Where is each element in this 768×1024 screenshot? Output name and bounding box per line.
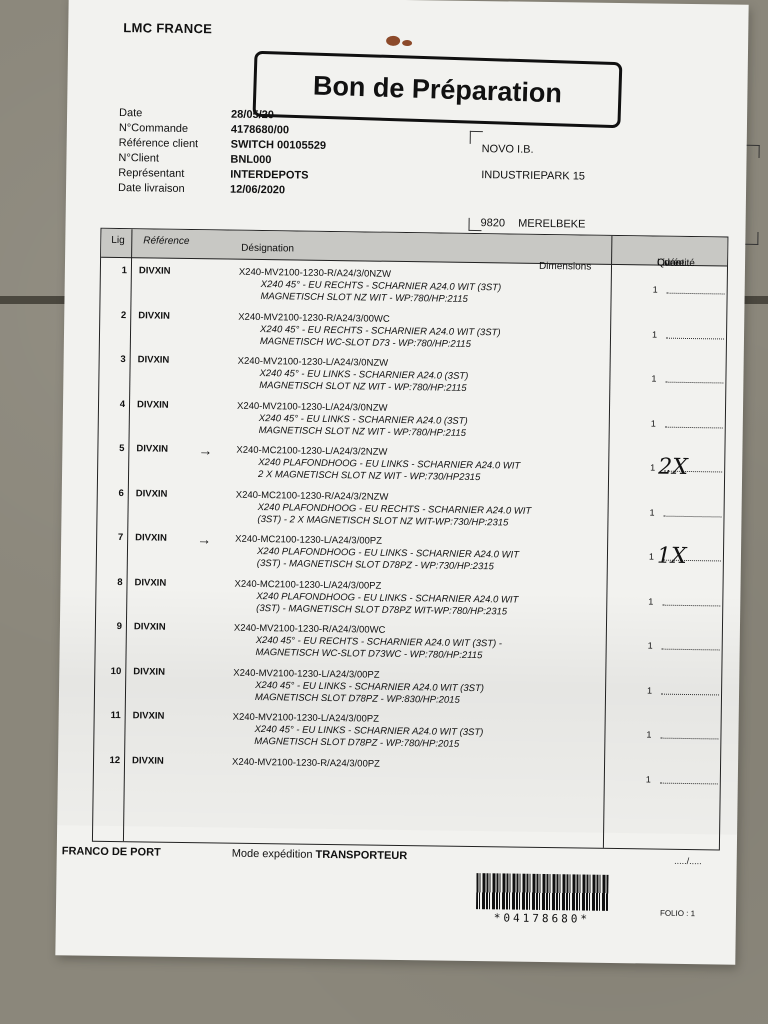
row-reference: DIVXIN: [133, 666, 165, 677]
table-row: 11 DIVXIN X240-MV2100-1230-L/A24/3/00PZ …: [95, 710, 721, 719]
row-description-2: MAGNETISCH SLOT NZ WIT - WP:780/HP:2115: [259, 380, 466, 394]
document-sheet: LMC FRANCE Bon de Préparation Date28/05/…: [55, 0, 748, 965]
row-description-2: MAGNETISCH SLOT NZ WIT - WP:780/HP:2115: [259, 424, 466, 438]
table-row: 1 DIVXIN X240-MV2100-1230-R/A24/3/0NZW X…: [101, 265, 727, 274]
table-row: 5 DIVXIN X240-MC2100-1230-L/A24/3/2NZW X…: [98, 443, 724, 452]
meta-value: SWITCH 00105529: [231, 138, 327, 154]
row-line-number: 1: [115, 265, 127, 276]
row-line-number: 2: [114, 309, 126, 320]
address-city-line: 9820 MERELBEKE: [481, 217, 596, 231]
row-code: X240-MC2100-1230-L/A24/3/00PZ: [234, 578, 381, 591]
company-name: LMC FRANCE: [123, 20, 212, 36]
row-line-number: 4: [113, 398, 125, 409]
table-row: 6 DIVXIN X240-MC2100-1230-R/A24/3/2NZW X…: [98, 487, 724, 496]
row-quantity-ordered: 1: [646, 774, 651, 784]
meta-label: Date: [119, 106, 231, 123]
column-divider: [603, 236, 613, 848]
row-code: X240-MC2100-1230-R/A24/3/2NZW: [236, 489, 389, 502]
row-description-2: (3ST) - MAGNETISCH SLOT D78PZ - WP:730/H…: [257, 558, 494, 572]
address-corner-mark: [745, 232, 758, 245]
meta-value: 4178680/00: [231, 123, 289, 139]
row-quantity-delivered-field: [660, 730, 718, 740]
row-quantity-delivered-field: [660, 774, 718, 784]
row-quantity-ordered: 1: [649, 551, 654, 561]
row-reference: DIVXIN: [136, 488, 168, 499]
row-description-2: MAGNETISCH SLOT D78PZ - WP:830/HP:2015: [255, 691, 460, 705]
shipping-mode-label: Mode expédition: [232, 848, 313, 861]
meta-row: Date livraison12/06/2020: [118, 181, 326, 199]
row-quantity-ordered: 1: [651, 418, 656, 428]
row-quantity-ordered: 1: [647, 685, 652, 695]
row-quantity-ordered: 1: [650, 462, 655, 472]
row-line-number: 8: [110, 576, 122, 587]
table-row: 12 DIVXIN X240-MV2100-1230-R/A24/3/00PZ …: [94, 754, 720, 763]
row-line-number: 5: [112, 443, 124, 454]
row-quantity-ordered: 1: [652, 329, 657, 339]
row-description-2: (3ST) - 2 X MAGNETISCH SLOT NZ WIT-WP:73…: [257, 513, 508, 528]
row-reference: DIVXIN: [139, 265, 171, 276]
row-reference: DIVXIN: [135, 532, 167, 543]
row-quantity-delivered-field: [666, 329, 724, 339]
row-line-number: 12: [108, 754, 120, 765]
row-quantity-ordered: 1: [646, 729, 651, 739]
folio-number: FOLIO : 1: [660, 909, 695, 918]
row-code: X240-MV2100-1230-L/A24/3/0NZW: [237, 400, 388, 413]
row-quantity-delivered-field: [661, 685, 719, 695]
meta-value: INTERDEPOTS: [230, 168, 308, 184]
order-meta: Date28/05/20N°Commande4178680/00Référenc…: [118, 106, 327, 199]
shipping-mode: Mode expédition TRANSPORTEUR: [232, 848, 408, 862]
row-quantity-delivered-field: [662, 641, 720, 651]
row-quantity-delivered-field: [667, 285, 725, 295]
row-quantity-delivered-field: [665, 374, 723, 384]
meta-label: Date livraison: [118, 181, 230, 198]
items-table: Lig Référence Désignation Dimensions Qua…: [92, 228, 729, 851]
row-reference: DIVXIN: [132, 755, 164, 766]
row-description-2: MAGNETISCH WC-SLOT D73 - WP:780/HP:2115: [260, 336, 471, 350]
header-dimensions: Dimensions: [539, 261, 591, 273]
table-row: 3 DIVXIN X240-MV2100-1230-L/A24/3/0NZW X…: [100, 354, 726, 363]
table-row: 8 DIVXIN X240-MC2100-1230-L/A24/3/00PZ X…: [97, 576, 723, 585]
row-line-number: 7: [111, 532, 123, 543]
row-code: X240-MV2100-1230-R/A24/3/00PZ: [232, 756, 380, 769]
row-code: X240-MC2100-1230-L/A24/3/2NZW: [236, 445, 387, 458]
row-line-number: 6: [112, 487, 124, 498]
table-header: Lig Référence Désignation Dimensions Qua…: [101, 229, 727, 267]
row-reference: DIVXIN: [134, 621, 166, 632]
row-description-2: MAGNETISCH SLOT D78PZ - WP:780/HP:2015: [254, 736, 459, 750]
header-delivered: Livrée: [657, 259, 684, 268]
row-quantity-delivered-field: [665, 418, 723, 428]
row-quantity-ordered: 1: [651, 373, 656, 383]
handwritten-arrow-icon: →: [198, 442, 212, 458]
row-reference: DIVXIN: [137, 399, 169, 410]
row-code: X240-MV2100-1230-R/A24/3/00WC: [234, 623, 386, 636]
table-row: 7 DIVXIN X240-MC2100-1230-L/A24/3/00PZ X…: [97, 532, 723, 541]
row-description-2: MAGNETISCH SLOT NZ WIT - WP:780/HP:2115: [260, 291, 467, 305]
row-reference: DIVXIN: [136, 443, 168, 454]
header-designation: Désignation: [241, 243, 294, 255]
row-line-number: 9: [110, 621, 122, 632]
handwritten-note: 1X: [657, 544, 687, 569]
table-row: 9 DIVXIN X240-MV2100-1230-R/A24/3/00WC X…: [96, 621, 722, 630]
row-reference: DIVXIN: [138, 310, 170, 321]
row-code: X240-MV2100-1230-R/A24/3/00WC: [238, 311, 390, 324]
row-quantity-ordered: 1: [653, 284, 658, 294]
shipping-terms: FRANCO DE PORT: [62, 845, 161, 858]
row-reference: DIVXIN: [133, 710, 165, 721]
header-reference: Référence: [143, 235, 189, 247]
row-quantity-ordered: 1: [648, 596, 653, 606]
row-quantity-delivered-field: [664, 507, 722, 517]
page-marker: ...../.....: [674, 856, 702, 866]
table-row: 4 DIVXIN X240-MV2100-1230-L/A24/3/0NZW X…: [99, 398, 725, 407]
stain-mark: [386, 36, 400, 46]
meta-value: BNL000: [230, 153, 271, 169]
row-reference: DIVXIN: [138, 354, 170, 365]
row-reference: DIVXIN: [134, 577, 166, 588]
row-line-number: 10: [109, 665, 121, 676]
meta-label: Référence client: [119, 136, 231, 153]
row-description-2: (3ST) - MAGNETISCH SLOT D78PZ WIT-WP:780…: [256, 602, 507, 617]
meta-label: N°Client: [118, 151, 230, 168]
header-lig: Lig: [111, 235, 125, 246]
meta-label: Représentant: [118, 166, 230, 183]
row-code: X240-MV2100-1230-L/A24/3/00PZ: [233, 712, 379, 725]
row-quantity-ordered: 1: [648, 640, 653, 650]
barcode-icon: [476, 873, 608, 911]
row-quantity-ordered: 1: [650, 507, 655, 517]
row-description-2: 2 X MAGNETISCH SLOT NZ WIT - WP:730/HP23…: [258, 469, 480, 483]
table-row: 10 DIVXIN X240-MV2100-1230-L/A24/3/00PZ …: [95, 665, 721, 674]
row-quantity-delivered-field: [662, 596, 720, 606]
address-street: INDUSTRIEPARK 15: [481, 169, 585, 182]
meta-value: 12/06/2020: [230, 183, 285, 199]
row-line-number: 3: [114, 354, 126, 365]
shipping-mode-value: TRANSPORTEUR: [315, 849, 407, 862]
address-city: MERELBEKE: [518, 218, 585, 231]
address-postcode: 9820: [481, 217, 506, 229]
handwritten-arrow-icon: →: [197, 531, 211, 547]
address-name: NOVO I.B.: [482, 143, 534, 156]
meta-label: N°Commande: [119, 121, 231, 138]
row-code: X240-MV2100-1230-L/A24/3/0NZW: [238, 356, 389, 369]
meta-value: 28/05/20: [231, 108, 274, 124]
address-corner-mark: [747, 145, 760, 158]
barcode-text: *04178680*: [476, 911, 608, 926]
row-code: X240-MV2100-1230-L/A24/3/00PZ: [233, 667, 379, 680]
row-code: X240-MV2100-1230-R/A24/3/0NZW: [239, 267, 391, 280]
delivery-address: NOVO I.B. INDUSTRIEPARK 15 9820 MERELBEK…: [480, 131, 752, 245]
row-code: X240-MC2100-1230-L/A24/3/00PZ: [235, 534, 382, 547]
column-divider: [123, 229, 133, 841]
handwritten-note: 2X: [658, 455, 688, 480]
table-row: 2 DIVXIN X240-MV2100-1230-R/A24/3/00WC X…: [100, 309, 726, 318]
row-description-2: MAGNETISCH WC-SLOT D73WC - WP:780/HP:211…: [256, 647, 483, 661]
row-line-number: 11: [109, 710, 121, 721]
